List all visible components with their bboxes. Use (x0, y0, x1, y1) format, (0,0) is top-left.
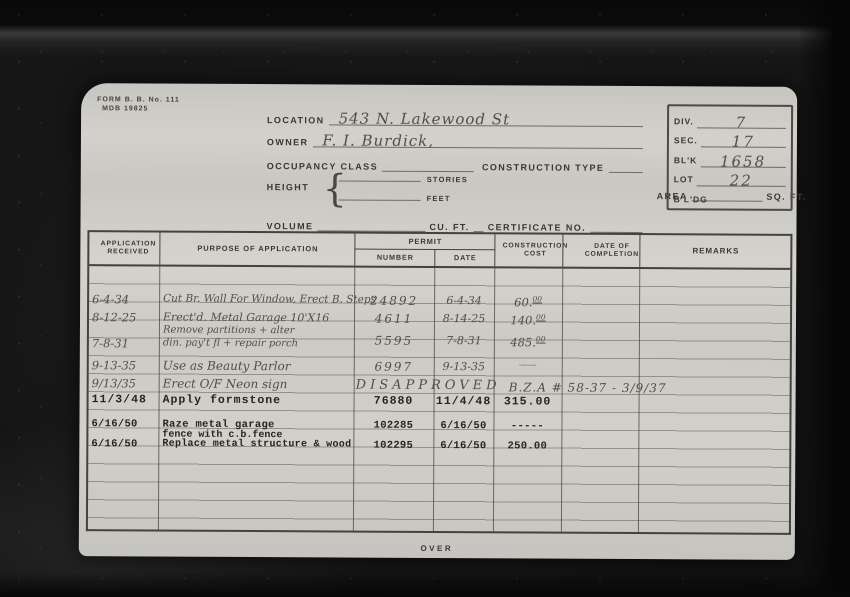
purpose-value: Apply formstone (163, 394, 353, 408)
table-row: 6-4-34 Cut Br. Wall For Window, Erect B.… (89, 292, 790, 312)
application-received-value: 9-13-35 (92, 358, 156, 372)
div-row: DIV. 7 (674, 108, 786, 128)
construction-type-label: CONSTRUCTION TYPE (482, 162, 604, 173)
cost-value: 60.00 (496, 294, 560, 309)
application-received-value: 6-4-34 (92, 292, 156, 306)
cost-value: 140.00 (496, 312, 560, 327)
table-row: 6/16/50 Replace metal structure & wood 1… (88, 438, 789, 458)
certificate-label: CERTIFICATE NO. (488, 222, 586, 233)
application-received-value: 6/16/50 (91, 438, 155, 450)
height-group: HEIGHT { STORIES FEET AREA SQ. FT. (267, 172, 643, 214)
cuft-line (474, 215, 484, 232)
application-received-value: 11/3/48 (92, 393, 156, 406)
purpose-value: Erect O/F Neon sign (163, 377, 353, 392)
cost-value: 485.00 (496, 334, 560, 349)
purpose-value: Replace metal structure & wood (162, 439, 352, 451)
table-row: 7-8-31 Remove partitions + alter din. pa… (89, 330, 790, 350)
sec-value: 17 (701, 133, 786, 151)
cost-value: —— (496, 360, 560, 370)
cost-cents: 00 (536, 313, 546, 322)
photostat-background: FORM B. B. No. 111 MDB 19825 LOCATION 54… (0, 0, 850, 597)
form-number-line2: MDB 19825 (97, 104, 180, 113)
table-row: 11/3/48 Apply formstone 76880 11/4/48 31… (89, 393, 790, 413)
permit-date-value: 6/16/50 (435, 420, 491, 432)
blk-value: 1658 (700, 152, 786, 170)
header-application-received: APPLICATION RECEIVED (89, 232, 167, 264)
volume-label: VOLUME (266, 221, 313, 231)
occupancy-class-line (382, 155, 474, 172)
permit-record-card: FORM B. B. No. 111 MDB 19825 LOCATION 54… (79, 83, 797, 560)
volume-row: VOLUME CU. FT. CERTIFICATE NO. (266, 214, 642, 233)
status-disapproved: DISAPPROVED (356, 378, 492, 394)
cost-value: 250.00 (495, 440, 559, 452)
location-row: LOCATION 543 N. Lakewood St (267, 108, 643, 127)
permit-number-value: 102295 (355, 440, 431, 452)
header-permit: PERMIT (354, 234, 495, 251)
table-row: 9-13-35 Use as Beauty Parlor 6997 9-13-3… (89, 358, 790, 378)
permit-date-value: 7-8-31 (436, 334, 492, 347)
lot-value: 22 (697, 172, 786, 190)
header-number: NUMBER (354, 250, 435, 266)
permit-number-value: 24892 (356, 294, 432, 308)
bza-remark: B.Z.A # 58-37 - 3/9/37 (509, 380, 667, 395)
blk-label: BL'K (674, 155, 698, 167)
application-received-value: 9/13/35 (92, 376, 156, 390)
table-body: 6-4-34 Cut Br. Wall For Window, Erect B.… (86, 266, 792, 535)
permit-number-value: 102285 (355, 420, 431, 432)
cost-value: 315.00 (496, 395, 560, 408)
feet-label: FEET (427, 194, 451, 203)
permit-number-value: 5595 (356, 334, 432, 348)
permit-number-value: 4611 (356, 312, 432, 326)
application-received-value: 8-12-25 (92, 310, 156, 324)
purpose-line1: Remove partitions + alter (163, 325, 353, 337)
purpose-value: Erect'd. Metal Garage 10'X16 (163, 311, 353, 325)
header-date: DATE (434, 250, 495, 266)
certificate-line (590, 216, 643, 233)
brace-glyph: { (323, 166, 347, 210)
header-remarks: REMARKS (639, 235, 791, 268)
form-number: FORM B. B. No. 111 MDB 19825 (97, 95, 180, 113)
cost-cents: 00 (536, 335, 546, 344)
owner-row: OWNER F. I. Burdick, (267, 130, 643, 149)
owner-label: OWNER (267, 137, 309, 147)
form-number-line1: FORM B. B. No. 111 (97, 95, 180, 104)
div-value: 7 (697, 113, 786, 131)
application-received-value: 6/16/50 (91, 418, 155, 430)
location-line: 543 N. Lakewood St (329, 108, 644, 127)
location-label: LOCATION (267, 115, 325, 125)
photo-bottom-edge (0, 567, 850, 597)
parcel-box: DIV. 7 SEC. 17 BL'K 1658 LOT 22 B'L'DG (667, 104, 794, 211)
permit-date-value: 6-4-34 (436, 294, 492, 307)
lot-label: LOT (674, 175, 694, 187)
photo-right-edge (798, 0, 850, 597)
over-label: OVER (79, 542, 795, 555)
purpose-value: Cut Br. Wall For Window, Erect B. Steps (163, 293, 353, 306)
permit-table: APPLICATION RECEIVED PURPOSE OF APPLICAT… (86, 230, 793, 535)
location-value: 543 N. Lakewood St (339, 109, 511, 128)
stories-label: STORIES (427, 175, 468, 184)
height-label: HEIGHT (267, 182, 309, 192)
cuft-label: CU. FT. (429, 222, 469, 232)
table-header: APPLICATION RECEIVED PURPOSE OF APPLICAT… (87, 230, 792, 270)
stories-line (339, 180, 421, 181)
cost-value: ----- (495, 420, 559, 432)
bldg-label: B'L'DG (674, 194, 708, 206)
sec-label: SEC. (674, 135, 698, 147)
cost-cents: 00 (532, 294, 542, 303)
permit-date-value: 9-13-35 (436, 360, 492, 373)
header-purpose: PURPOSE OF APPLICATION (159, 233, 355, 266)
permit-date-value: 8-14-25 (436, 312, 492, 325)
construction-type-line (608, 156, 643, 173)
permit-date-value: 6/16/50 (435, 440, 491, 452)
feet-line (339, 199, 421, 200)
permit-date-value: 11/4/48 (436, 395, 492, 408)
div-label: DIV. (674, 116, 694, 128)
permit-number-value: 6997 (356, 360, 432, 374)
permit-number-value: 76880 (356, 395, 432, 408)
purpose-line2: din. pay't fl + repair porch (163, 338, 353, 350)
owner-value: F. I. Burdick, (322, 131, 434, 150)
application-received-value: 7-8-31 (92, 336, 156, 350)
owner-line: F. I. Burdick, (312, 130, 643, 149)
purpose-value: Use as Beauty Parlor (163, 359, 353, 374)
volume-line (317, 214, 425, 232)
